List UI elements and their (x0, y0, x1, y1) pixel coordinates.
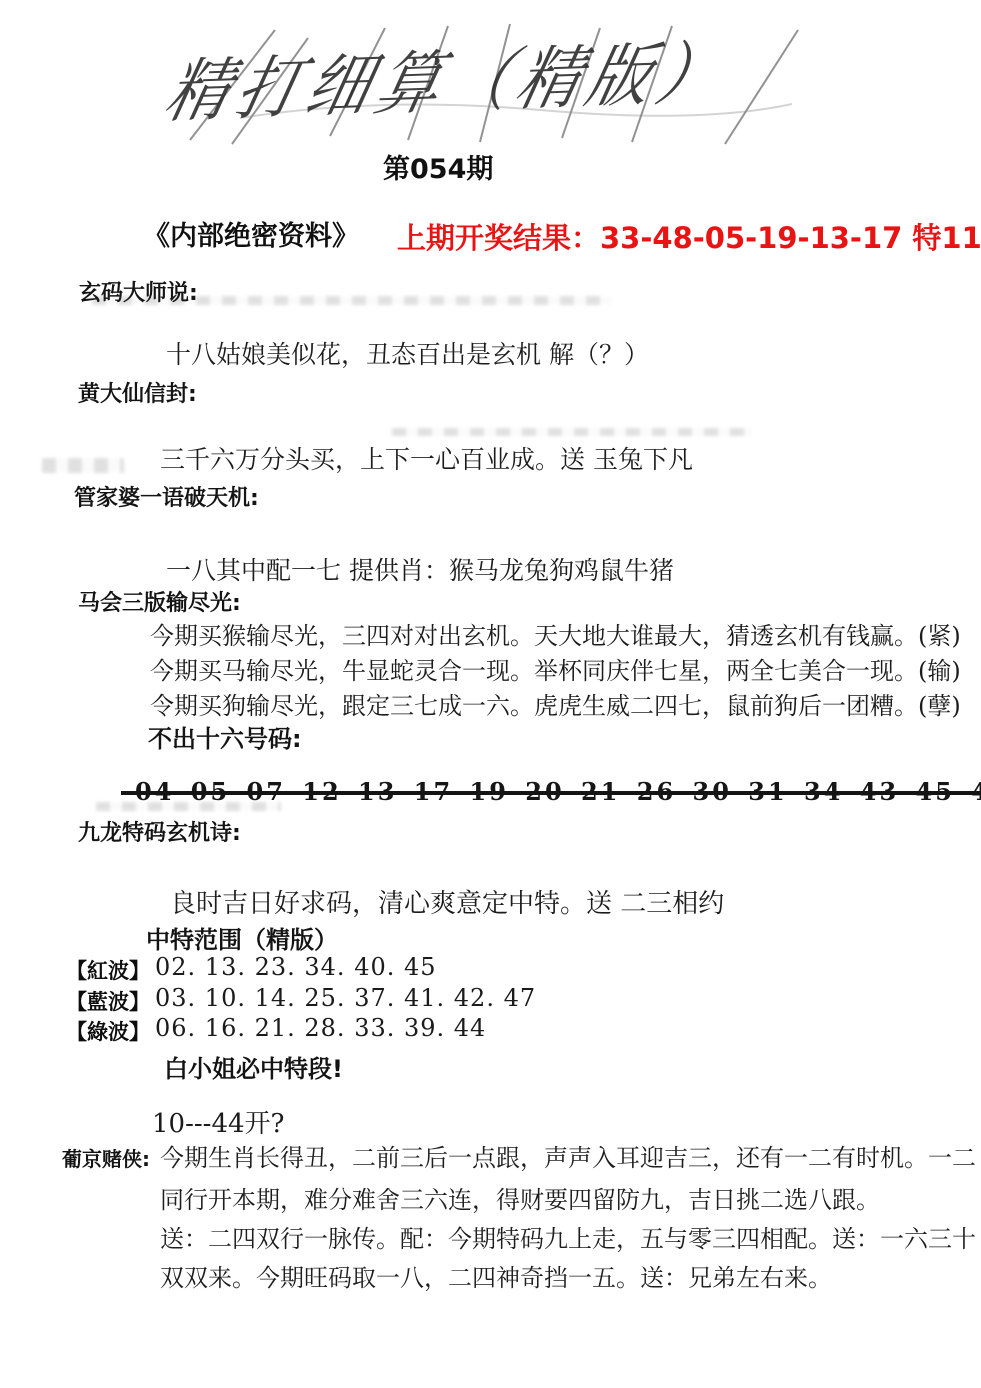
mahui-line: 今期买马输尽光，牛显蛇灵合一现。举杯同庆伴七星，两全七美合一现。(输) (150, 651, 961, 686)
mahui-line: 令期买狗输尽光，跟定三七成一六。虎虎生威二四七，鼠前狗后一团糟。(孽) (150, 686, 961, 721)
pujing-line: 同行开本期，难分难舍三六连，得财要四留防九，吉日挑二选八跟。 (160, 1180, 880, 1215)
mahui-note: 不出十六号码: (148, 719, 302, 754)
erased-text-smudge (392, 428, 752, 436)
wave-row-blue: 【藍波】 03. 10. 14. 25. 37. 41. 42. 47 (0, 986, 981, 1016)
baixiaojie-heading: 白小姐必中特段! (164, 1049, 343, 1084)
last-draw-result: 上期开奖结果：33-48-05-19-13-17 特11 (397, 216, 981, 257)
section-label-jiulong: 九龙特码玄机诗: (78, 816, 241, 847)
mahui-line: 今期买猴输尽光，三四对对出玄机。天大地大谁最大，猜透玄机有钱赢。(紧) (150, 616, 961, 651)
wave-row-red: 【紅波】 02. 13. 23. 34. 40. 45 (0, 955, 981, 985)
handwritten-masthead: 精打细算（精版） (180, 18, 800, 146)
section-label-pujing: 葡京赌侠: (62, 1143, 150, 1172)
special-range: 10---44开? (152, 1103, 284, 1140)
erased-text-smudge (92, 296, 612, 305)
pujing-line: 送：二四双行一脉传。配：今期特码九上走，五与零三四相配。送：一六三十 (160, 1219, 976, 1254)
guanjiapo-poem: 一八其中配一七 提供肖：猴马龙兔狗鸡鼠牛猪 (166, 551, 674, 587)
issue-number: 第054期 (383, 147, 493, 186)
section-label-mahui: 马会三版输尽光: (78, 586, 241, 617)
zhongte-heading: 中特范围（精版） (146, 920, 338, 955)
green-wave-numbers: 06. 16. 21. 28. 33. 39. 44 (155, 1014, 486, 1042)
blue-wave-label: 【藍波】 (66, 986, 150, 1016)
green-wave-label: 【綠波】 (66, 1016, 150, 1046)
erased-text-smudge (96, 802, 281, 811)
red-wave-label: 【紅波】 (66, 955, 150, 985)
xuanma-poem: 十八姑娘美似花，丑态百出是玄机 解（？） (166, 335, 649, 371)
red-wave-numbers: 02. 13. 23. 34. 40. 45 (155, 953, 437, 981)
pujing-line: 今期生肖长得丑，二前三后一点跟，声声入耳迎吉三，还有一二有时机。一二 (160, 1138, 976, 1173)
pujing-line: 双双来。今期旺码取一八，二四神奇挡一五。送：兄弟左右来。 (160, 1258, 832, 1293)
erased-text-smudge (42, 458, 124, 473)
scanned-lottery-tip-sheet: 精打细算（精版） 第054期 《内部绝密资料》 上期开奖结果：33-48-05-… (0, 0, 981, 1388)
section-label-guanjiapo: 管家婆一语破天机: (74, 481, 259, 512)
huangdaxian-poem: 三千六万分头买，上下一心百业成。送 玉兔下凡 (160, 440, 693, 476)
blue-wave-numbers: 03. 10. 14. 25. 37. 41. 42. 47 (155, 984, 536, 1012)
wave-row-green: 【綠波】 06. 16. 21. 28. 33. 39. 44 (0, 1016, 981, 1046)
masthead-title-text: 精打细算（精版） (153, 17, 759, 136)
secret-material-label: 《内部绝密资料》 (143, 214, 359, 253)
jiulong-poem: 良时吉日好求码，清心爽意定中特。送 二三相约 (170, 883, 724, 920)
section-label-huangdaxian: 黄大仙信封: (78, 377, 197, 408)
